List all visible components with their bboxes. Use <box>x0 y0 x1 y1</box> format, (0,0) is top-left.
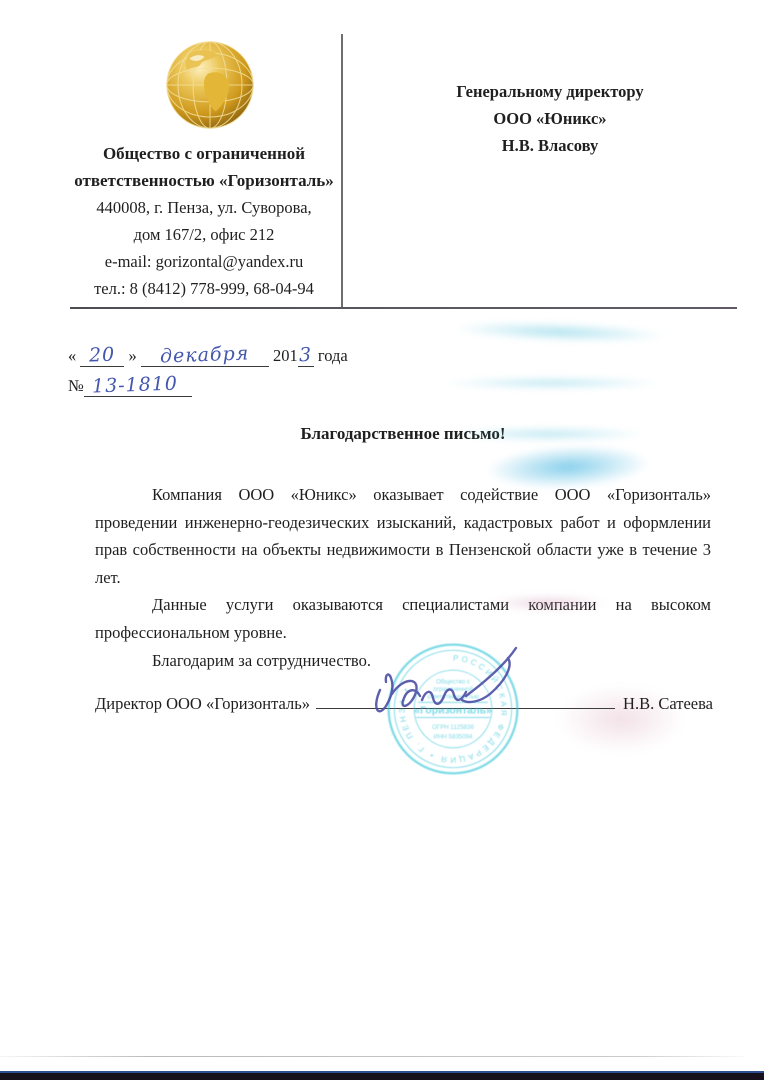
body-paragraph-1: Компания ООО «Юникс» оказывает содействи… <box>95 481 711 591</box>
letter-title: Благодарственное письмо! <box>95 424 711 444</box>
company-address-line1: 440008, г. Пенза, ул. Суворова, <box>48 194 360 221</box>
scanned-letter-page: Общество с ограниченной ответственностью… <box>0 0 764 1080</box>
date-year-suffix: года <box>318 346 348 365</box>
company-phone: тел.: 8 (8412) 778-999, 68-04-94 <box>48 275 360 302</box>
addressee-line2: ООО «Юникс» <box>412 105 688 132</box>
number-slot: 13-1810 <box>84 374 192 397</box>
stamp-bleedthrough-smudge <box>452 318 668 345</box>
date-year-digit-slot: 3 <box>298 344 314 367</box>
scan-artifact-line <box>0 1056 745 1057</box>
letterhead-vertical-divider <box>341 34 343 309</box>
date-line: « 20 » декабря 2013 года <box>68 344 348 374</box>
scan-edge-band <box>0 1071 764 1080</box>
date-open-quote: « <box>68 346 76 365</box>
number-label: № <box>68 376 84 395</box>
number-line: №13-1810 <box>68 374 348 404</box>
date-month-slot: декабря <box>141 344 269 367</box>
addressee-line1: Генеральному директору <box>412 78 688 105</box>
stamp-inn: ИНН 5835094 <box>434 733 473 740</box>
handwritten-month: декабря <box>160 342 250 367</box>
handwritten-number: 13-1810 <box>91 373 178 398</box>
company-email: e-mail: gorizontal@yandex.ru <box>48 248 360 275</box>
handwritten-day: 20 <box>89 344 116 367</box>
company-address-line2: дом 167/2, офис 212 <box>48 221 360 248</box>
letterhead-company-block: Общество с ограниченной ответственностью… <box>48 140 360 302</box>
company-name-line2: ответственностью «Горизонталь» <box>48 167 360 194</box>
stamp-bleedthrough-smudge <box>443 376 663 390</box>
addressee-block: Генеральному директору ООО «Юникс» Н.В. … <box>412 78 688 159</box>
signature-ink <box>358 638 543 733</box>
letterhead-horizontal-rule <box>70 307 737 309</box>
globe-icon <box>163 38 257 132</box>
date-year-printed: 201 <box>273 346 298 365</box>
date-close-quote: » <box>129 346 137 365</box>
date-number-block: « 20 » декабря 2013 года №13-1810 <box>68 344 348 404</box>
addressee-line3: Н.В. Власову <box>412 132 688 159</box>
handwritten-year-digit: 3 <box>299 344 313 366</box>
company-name-line1: Общество с ограниченной <box>48 140 360 167</box>
date-day-slot: 20 <box>80 344 124 367</box>
signature-name: Н.В. Сатеева <box>623 694 713 714</box>
signature-label: Директор ООО «Горизонталь» <box>95 694 310 714</box>
